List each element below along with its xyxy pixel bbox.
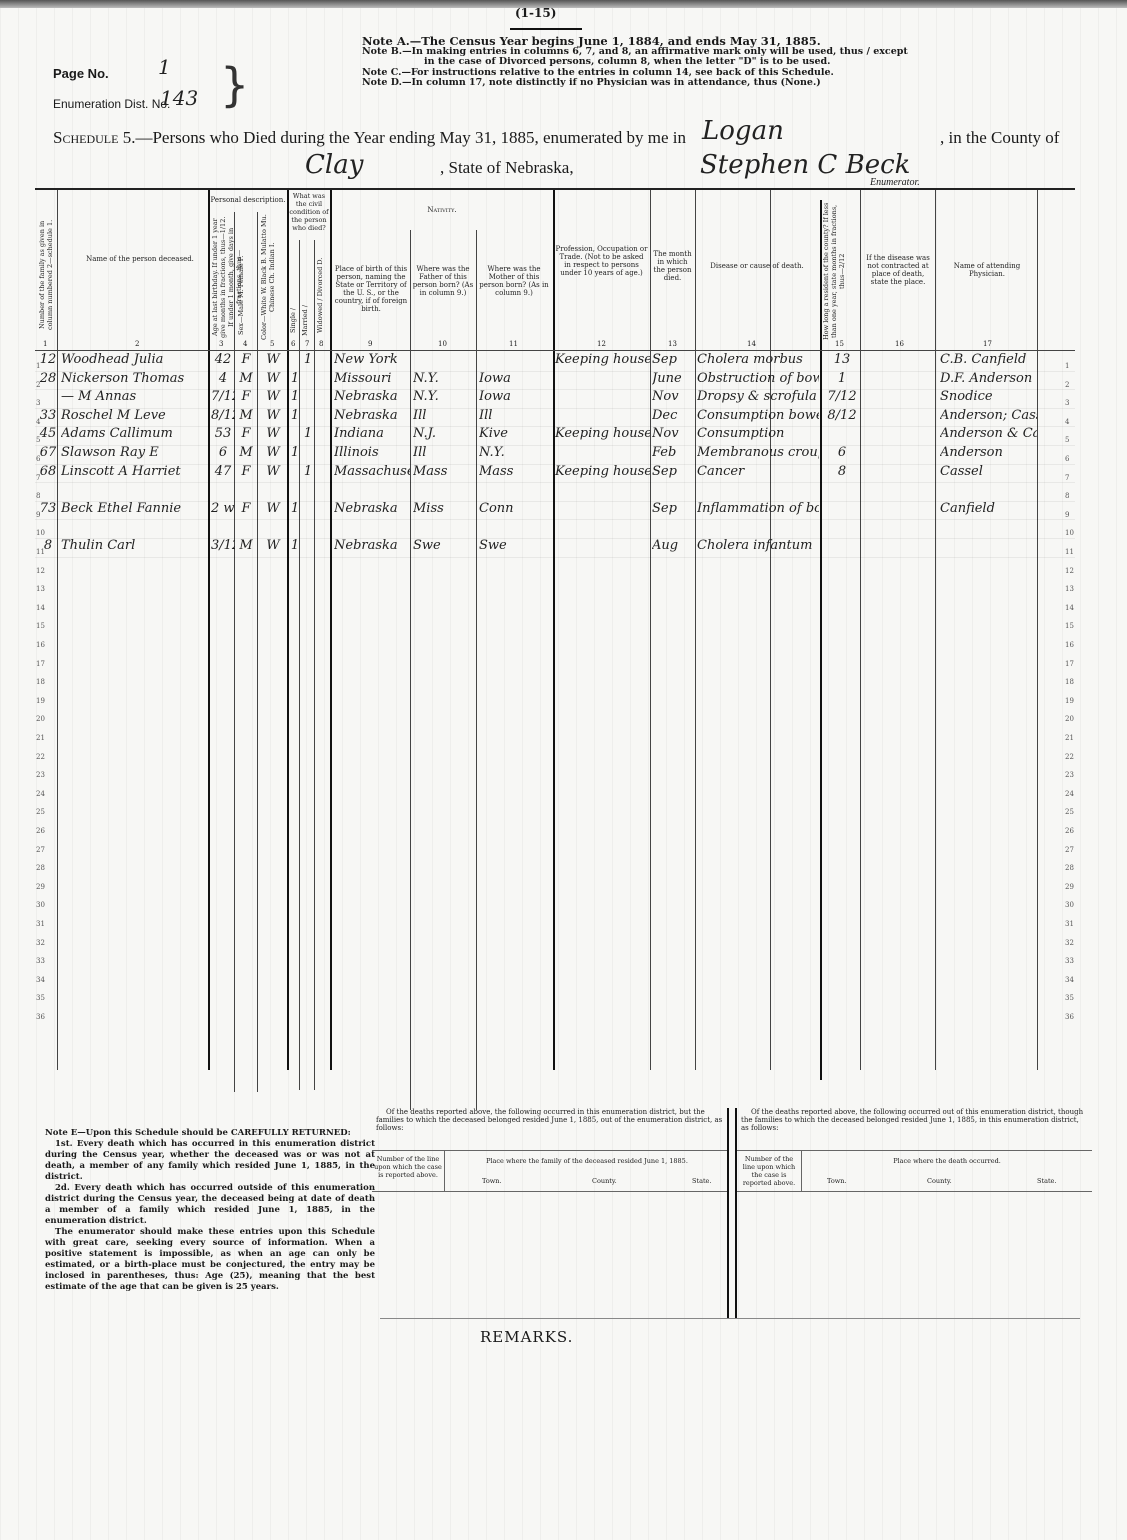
cell-name: Adams Callimum <box>61 426 207 441</box>
cell-physician: C.B. Canfield <box>940 352 1037 367</box>
column-number: 14 <box>747 340 756 348</box>
line-number: 9 <box>1065 511 1069 519</box>
line-number: 18 <box>36 678 45 686</box>
enumeration-district-label: Enumeration Dist. No. <box>53 97 170 111</box>
table-row: 68Linscott A Harriet47FW1MassachusettsMa… <box>35 464 1075 484</box>
note-b-cont: in the case of Divorced persons, column … <box>362 57 1082 68</box>
cell-birth: Nebraska <box>334 389 410 404</box>
line-number: 25 <box>36 808 45 816</box>
table-row <box>35 482 1075 502</box>
column-number: 10 <box>438 340 447 348</box>
table-row: 67Slawson Ray E6MW1IllinoisIllN.Y.FebMem… <box>35 445 1075 465</box>
col-divider <box>695 190 696 1070</box>
column-number: 6 <box>291 340 295 348</box>
line-number: 5 <box>1065 436 1069 444</box>
cell-physician: Anderson; Cassel <box>940 408 1037 423</box>
line-number: 2 <box>1065 381 1069 389</box>
cell-father: Swe <box>413 538 475 553</box>
line-number: 30 <box>36 901 45 909</box>
line-number: 6 <box>36 455 40 463</box>
cell-resident: 13 <box>825 352 859 367</box>
cell-father: Mass <box>413 464 475 479</box>
cell-physician: Anderson & Cassel <box>940 426 1037 441</box>
cell-father: N.Y. <box>413 389 475 404</box>
line-number: 11 <box>1065 548 1074 556</box>
line-number: 27 <box>1065 846 1074 854</box>
cell-mother: Swe <box>479 538 551 553</box>
cell-sex: F <box>237 389 255 404</box>
header-mother-birthplace: Where was the Mother of this person born… <box>478 265 550 297</box>
line-number: 32 <box>36 939 45 947</box>
line-number: 18 <box>1065 678 1074 686</box>
cell-birth: Indiana <box>334 426 410 441</box>
scan-top-edge <box>0 0 1127 8</box>
cell-resident: 1 <box>825 371 859 386</box>
table-b-place-col: Place where the death occurred. <box>807 1157 1087 1165</box>
cell-single: 1 <box>290 445 300 460</box>
line-number: 28 <box>36 864 45 872</box>
page-number-value: 1 <box>158 55 171 79</box>
column-number: 4 <box>243 340 247 348</box>
table-row: 73Beck Ethel Fannie2 wksFW1NebraskaMissC… <box>35 501 1075 521</box>
cell-age: 8/12 <box>211 408 235 423</box>
column-number: 5 <box>270 340 274 348</box>
cell-month: Sep <box>652 464 694 479</box>
table-a-header: Number of the line upon which the case i… <box>372 1150 727 1192</box>
line-number: 27 <box>36 846 45 854</box>
header-contracted-place: If the disease was not contracted at pla… <box>863 254 933 286</box>
table-b-header: Number of the line upon which the case i… <box>737 1150 1092 1192</box>
line-number: 35 <box>36 994 45 1002</box>
line-number: 1 <box>1065 362 1069 370</box>
cell-single: 1 <box>290 408 300 423</box>
cell-married: 1 <box>302 464 314 479</box>
form-number: (1-15) <box>515 6 556 20</box>
header-father-birthplace: Where was the Father of this person born… <box>412 265 474 297</box>
cell-single: 1 <box>290 538 300 553</box>
cell-month: Nov <box>652 389 694 404</box>
cell-father: Ill <box>413 408 475 423</box>
cell-sex: M <box>237 445 255 460</box>
header-residence: How long a resident of the county? If le… <box>822 202 858 340</box>
line-number: 5 <box>36 436 40 444</box>
cell-name: Linscott A Harriet <box>61 464 207 479</box>
line-number: 22 <box>1065 753 1074 761</box>
cell-color: W <box>261 501 285 516</box>
cell-color: W <box>261 464 285 479</box>
cell-disease: Obstruction of bowels <box>697 371 819 386</box>
cell-resident: 8 <box>825 464 859 479</box>
line-number: 12 <box>36 567 45 575</box>
cell-family: 33 <box>39 408 57 423</box>
cell-name: Roschel M Leve <box>61 408 207 423</box>
cell-disease: Consumption bowels <box>697 408 819 423</box>
cell-name: Thulin Carl <box>61 538 207 553</box>
cell-color: W <box>261 371 285 386</box>
cell-month: Sep <box>652 501 694 516</box>
header-family-number: Number of the family as given in column … <box>38 210 54 340</box>
line-number: 13 <box>1065 585 1074 593</box>
cell-single: 1 <box>290 389 300 404</box>
line-number: 2 <box>36 381 40 389</box>
line-number: 16 <box>1065 641 1074 649</box>
column-number: 2 <box>135 340 139 348</box>
line-number: 23 <box>1065 771 1074 779</box>
cell-age: 2 wks <box>211 501 235 516</box>
line-number: 13 <box>36 585 45 593</box>
line-number: 8 <box>36 492 40 500</box>
schedule-title: Schedule 5.—Persons who Died during the … <box>53 128 686 148</box>
cell-mother: N.Y. <box>479 445 551 460</box>
cell-physician: Canfield <box>940 501 1037 516</box>
column-number: 16 <box>895 340 904 348</box>
col-divider <box>650 190 651 1070</box>
state-label: , State of Nebraska, <box>440 158 574 178</box>
cell-sex: F <box>237 426 255 441</box>
line-number: 14 <box>36 604 45 612</box>
line-number: 17 <box>1065 660 1074 668</box>
table-a-intro: Of the deaths reported above, the follow… <box>372 1108 727 1132</box>
cell-birth: Nebraska <box>334 501 410 516</box>
cell-name: — M Annas <box>61 389 207 404</box>
col-divider <box>935 190 936 1070</box>
cell-family: 28 <box>39 371 57 386</box>
col-divider <box>770 190 771 1070</box>
enumerator-label: Enumerator. <box>870 177 920 188</box>
note-d: Note D.—In column 17, note distinctly if… <box>362 78 1082 89</box>
line-number: 33 <box>36 957 45 965</box>
line-number: 1 <box>36 362 40 370</box>
line-number: 34 <box>1065 976 1074 984</box>
cell-color: W <box>261 538 285 553</box>
cell-disease: Consumption <box>697 426 819 441</box>
line-number: 24 <box>1065 790 1074 798</box>
cell-mother: Conn <box>479 501 551 516</box>
line-number: 15 <box>1065 622 1074 630</box>
header-personal-description: Personal description. <box>209 196 287 204</box>
header-color: Color—White W. Black B. Mulatto Mu. Chin… <box>260 214 286 340</box>
col-divider <box>208 190 210 1070</box>
header-sex: Sex—Male M. Female F. <box>237 250 255 340</box>
table-a-county: County. <box>592 1177 617 1185</box>
line-number: 4 <box>1065 418 1069 426</box>
cell-mother: Kive <box>479 426 551 441</box>
note-e-title: Note E—Upon this Schedule should be CARE… <box>45 1128 375 1139</box>
cell-birth: New York <box>334 352 410 367</box>
cell-married: 1 <box>302 426 314 441</box>
cell-family: 67 <box>39 445 57 460</box>
line-number: 36 <box>1065 1013 1074 1021</box>
note-e: Note E—Upon this Schedule should be CARE… <box>45 1128 375 1293</box>
cell-color: W <box>261 445 285 460</box>
cell-mother: Iowa <box>479 389 551 404</box>
cell-sex: F <box>237 352 255 367</box>
line-number: 36 <box>36 1013 45 1021</box>
header-disease: Disease or cause of death. <box>697 262 817 270</box>
column-number: 9 <box>368 340 372 348</box>
cell-color: W <box>261 352 285 367</box>
line-number: 4 <box>36 418 40 426</box>
cell-father: N.J. <box>413 426 475 441</box>
line-number: 20 <box>1065 715 1074 723</box>
cell-age: 42 <box>211 352 235 367</box>
cell-married: 1 <box>302 352 314 367</box>
cell-disease: Cholera infantum <box>697 538 819 553</box>
col-divider <box>801 1151 802 1191</box>
col-divider <box>860 190 861 1070</box>
cell-disease: Cholera morbus <box>697 352 819 367</box>
line-number: 35 <box>1065 994 1074 1002</box>
header-single: Single / <box>289 300 299 340</box>
line-number: 9 <box>36 511 40 519</box>
line-number: 19 <box>1065 697 1074 705</box>
enumeration-district-value: 143 <box>160 86 198 110</box>
cell-disease: Cancer <box>697 464 819 479</box>
cell-color: W <box>261 389 285 404</box>
cell-age: 7/12 <box>211 389 235 404</box>
cell-month: Sep <box>652 352 694 367</box>
cell-sex: M <box>237 408 255 423</box>
cell-month: Aug <box>652 538 694 553</box>
line-number: 20 <box>36 715 45 723</box>
page-number-label: Page No. <box>53 66 109 81</box>
column-number: 13 <box>668 340 677 348</box>
line-number: 30 <box>1065 901 1074 909</box>
table-b-county: County. <box>927 1177 952 1185</box>
line-number: 34 <box>36 976 45 984</box>
line-number: 33 <box>1065 957 1074 965</box>
cell-family: 73 <box>39 501 57 516</box>
header-occupation: Profession, Occupation or Trade. (Not to… <box>555 245 648 277</box>
table-b-line-col: Number of the line upon which the case i… <box>739 1155 799 1187</box>
line-number: 32 <box>1065 939 1074 947</box>
line-number: 12 <box>1065 567 1074 575</box>
cell-occupation: Keeping house <box>555 464 650 479</box>
cell-month: Nov <box>652 426 694 441</box>
enumerator-signature: Stephen C Beck <box>700 150 910 180</box>
cell-birth: Missouri <box>334 371 410 386</box>
table-a-town: Town. <box>482 1177 502 1185</box>
table-row: 12Woodhead Julia42FW1New YorkKeeping hou… <box>35 352 1075 372</box>
table-b-intro: Of the deaths reported above, the follow… <box>737 1108 1092 1132</box>
col-divider <box>57 190 58 1070</box>
header-month: The month in which the person died. <box>651 250 694 282</box>
cell-mother: Iowa <box>479 371 551 386</box>
cell-mother: Mass <box>479 464 551 479</box>
cell-resident: 6 <box>825 445 859 460</box>
column-number: 8 <box>319 340 323 348</box>
cell-month: Feb <box>652 445 694 460</box>
line-number: 31 <box>1065 920 1074 928</box>
cell-occupation: Keeping house <box>555 426 650 441</box>
table-b-town: Town. <box>827 1177 847 1185</box>
cell-physician: D.F. Anderson <box>940 371 1037 386</box>
line-number: 15 <box>36 622 45 630</box>
county-value: Clay <box>305 150 363 180</box>
cell-family: 12 <box>39 352 57 367</box>
schedule-place: Logan <box>702 116 784 146</box>
cell-disease: Dropsy & scrofula <box>697 389 819 404</box>
cell-age: 3/12 <box>211 538 235 553</box>
cell-family: 45 <box>39 426 57 441</box>
line-number: 26 <box>1065 827 1074 835</box>
line-number: 21 <box>36 734 45 742</box>
line-number: 29 <box>1065 883 1074 891</box>
cell-disease: Membranous croup <box>697 445 819 460</box>
table-row <box>35 519 1075 539</box>
line-number: 14 <box>1065 604 1074 612</box>
column-number: 11 <box>509 340 518 348</box>
cell-age: 47 <box>211 464 235 479</box>
cell-father: Ill <box>413 445 475 460</box>
cell-age: 6 <box>211 445 235 460</box>
cell-color: W <box>261 408 285 423</box>
line-number: 10 <box>36 529 45 537</box>
line-number: 17 <box>36 660 45 668</box>
instruction-notes: Note A.—The Census Year begins June 1, 1… <box>362 36 1082 89</box>
cell-month: June <box>652 371 694 386</box>
table-row: — M Annas7/12FW1NebraskaN.Y.IowaNovDrops… <box>35 389 1075 409</box>
schedule-text: —Persons who Died during the Year ending… <box>135 128 686 147</box>
cell-color: W <box>261 426 285 441</box>
cell-resident: 7/12 <box>825 389 859 404</box>
column-number: 12 <box>597 340 606 348</box>
col-divider <box>234 212 235 1092</box>
cell-birth: Illinois <box>334 445 410 460</box>
header-name: Name of the person deceased. <box>75 255 205 263</box>
cell-family: 68 <box>39 464 57 479</box>
cell-name: Slawson Ray E <box>61 445 207 460</box>
divider <box>380 1318 1080 1319</box>
column-number: 1 <box>43 340 47 348</box>
col-divider <box>553 190 555 1070</box>
cell-sex: M <box>237 538 255 553</box>
deaths-in-district-table: Of the deaths reported above, the follow… <box>372 1108 729 1318</box>
cell-father: N.Y. <box>413 371 475 386</box>
line-number: 3 <box>36 399 40 407</box>
column-number: 17 <box>983 340 992 348</box>
line-number: 28 <box>1065 864 1074 872</box>
brace-icon: } <box>220 58 249 112</box>
line-number: 8 <box>1065 492 1069 500</box>
cell-birth: Nebraska <box>334 408 410 423</box>
note-e-instructions: The enumerator should make these entries… <box>45 1227 375 1293</box>
cell-age: 53 <box>211 426 235 441</box>
cell-name: Nickerson Thomas <box>61 371 207 386</box>
col-divider <box>330 190 332 1070</box>
header-physician: Name of attending Physician. <box>937 262 1037 278</box>
table-a-state: State. <box>692 1177 711 1185</box>
col-divider <box>444 1151 445 1191</box>
line-number: 24 <box>36 790 45 798</box>
column-number: 3 <box>219 340 223 348</box>
remarks-heading: REMARKS. <box>480 1328 573 1346</box>
cell-sex: F <box>237 501 255 516</box>
header-birthplace: Place of birth of this person, naming th… <box>333 265 409 313</box>
schedule-prefix: Schedule 5. <box>53 128 135 147</box>
col-divider <box>257 212 258 1092</box>
divider <box>510 28 582 30</box>
line-number: 16 <box>36 641 45 649</box>
cell-occupation: Keeping house <box>555 352 650 367</box>
cell-birth: Nebraska <box>334 538 410 553</box>
cell-age: 4 <box>211 371 235 386</box>
cell-physician: Cassel <box>940 464 1037 479</box>
cell-single: 1 <box>290 501 300 516</box>
cell-birth: Massachusetts <box>334 464 410 479</box>
line-number: 7 <box>1065 474 1069 482</box>
cell-physician: Anderson <box>940 445 1037 460</box>
line-number: 11 <box>36 548 45 556</box>
line-number: 29 <box>36 883 45 891</box>
column-number: 7 <box>305 340 309 348</box>
line-number: 7 <box>36 474 40 482</box>
header-nativity: Nativity. <box>331 206 553 214</box>
header-civil-condition: What was the civil condition of the pers… <box>289 192 329 232</box>
header-married: Married / <box>301 300 313 340</box>
line-number: 22 <box>36 753 45 761</box>
county-label: , in the County of <box>940 128 1059 148</box>
line-number: 26 <box>36 827 45 835</box>
line-number: 31 <box>36 920 45 928</box>
deaths-table: Number of the family as given in column … <box>35 188 1075 1070</box>
cell-father: Miss <box>413 501 475 516</box>
note-e-second: 2d. Every death which has occurred outsi… <box>45 1183 375 1227</box>
table-row: 8Thulin Carl3/12MW1NebraskaSweSweAugChol… <box>35 538 1075 558</box>
column-number: 15 <box>835 340 844 348</box>
cell-sex: F <box>237 464 255 479</box>
table-a-place-col: Place where the family of the deceased r… <box>452 1157 722 1165</box>
cell-name: Woodhead Julia <box>61 352 207 367</box>
line-number: 3 <box>1065 399 1069 407</box>
cell-single: 1 <box>290 371 300 386</box>
table-row: 28Nickerson Thomas4MW1MissouriN.Y.IowaJu… <box>35 371 1075 391</box>
table-row: 45Adams Callimum53FW1IndianaN.J.KiveKeep… <box>35 426 1075 446</box>
cell-name: Beck Ethel Fannie <box>61 501 207 516</box>
cell-disease: Inflammation of bowels <box>697 501 819 516</box>
header-bottom-rule <box>35 350 1075 351</box>
note-a: Note A.—The Census Year begins June 1, 1… <box>362 36 1082 47</box>
note-e-first: 1st. Every death which has occurred in t… <box>45 1139 375 1183</box>
header-age: Age at last birthday. If under 1 year gi… <box>211 214 233 340</box>
deaths-out-of-district-table: Of the deaths reported above, the follow… <box>735 1108 1092 1318</box>
col-divider <box>1037 190 1038 1070</box>
table-row: 33Roschel M Leve8/12MW1NebraskaIllIllDec… <box>35 408 1075 428</box>
header-widowed: Widowed / Divorced D. <box>316 250 328 340</box>
table-a-line-col: Number of the line upon which the case i… <box>374 1155 442 1179</box>
line-number: 10 <box>1065 529 1074 537</box>
cell-mother: Ill <box>479 408 551 423</box>
line-number: 25 <box>1065 808 1074 816</box>
line-number: 21 <box>1065 734 1074 742</box>
line-number: 6 <box>1065 455 1069 463</box>
cell-resident: 8/12 <box>825 408 859 423</box>
line-number: 23 <box>36 771 45 779</box>
cell-month: Dec <box>652 408 694 423</box>
cell-sex: M <box>237 371 255 386</box>
table-b-state: State. <box>1037 1177 1056 1185</box>
cell-physician: Snodice <box>940 389 1037 404</box>
line-number: 19 <box>36 697 45 705</box>
